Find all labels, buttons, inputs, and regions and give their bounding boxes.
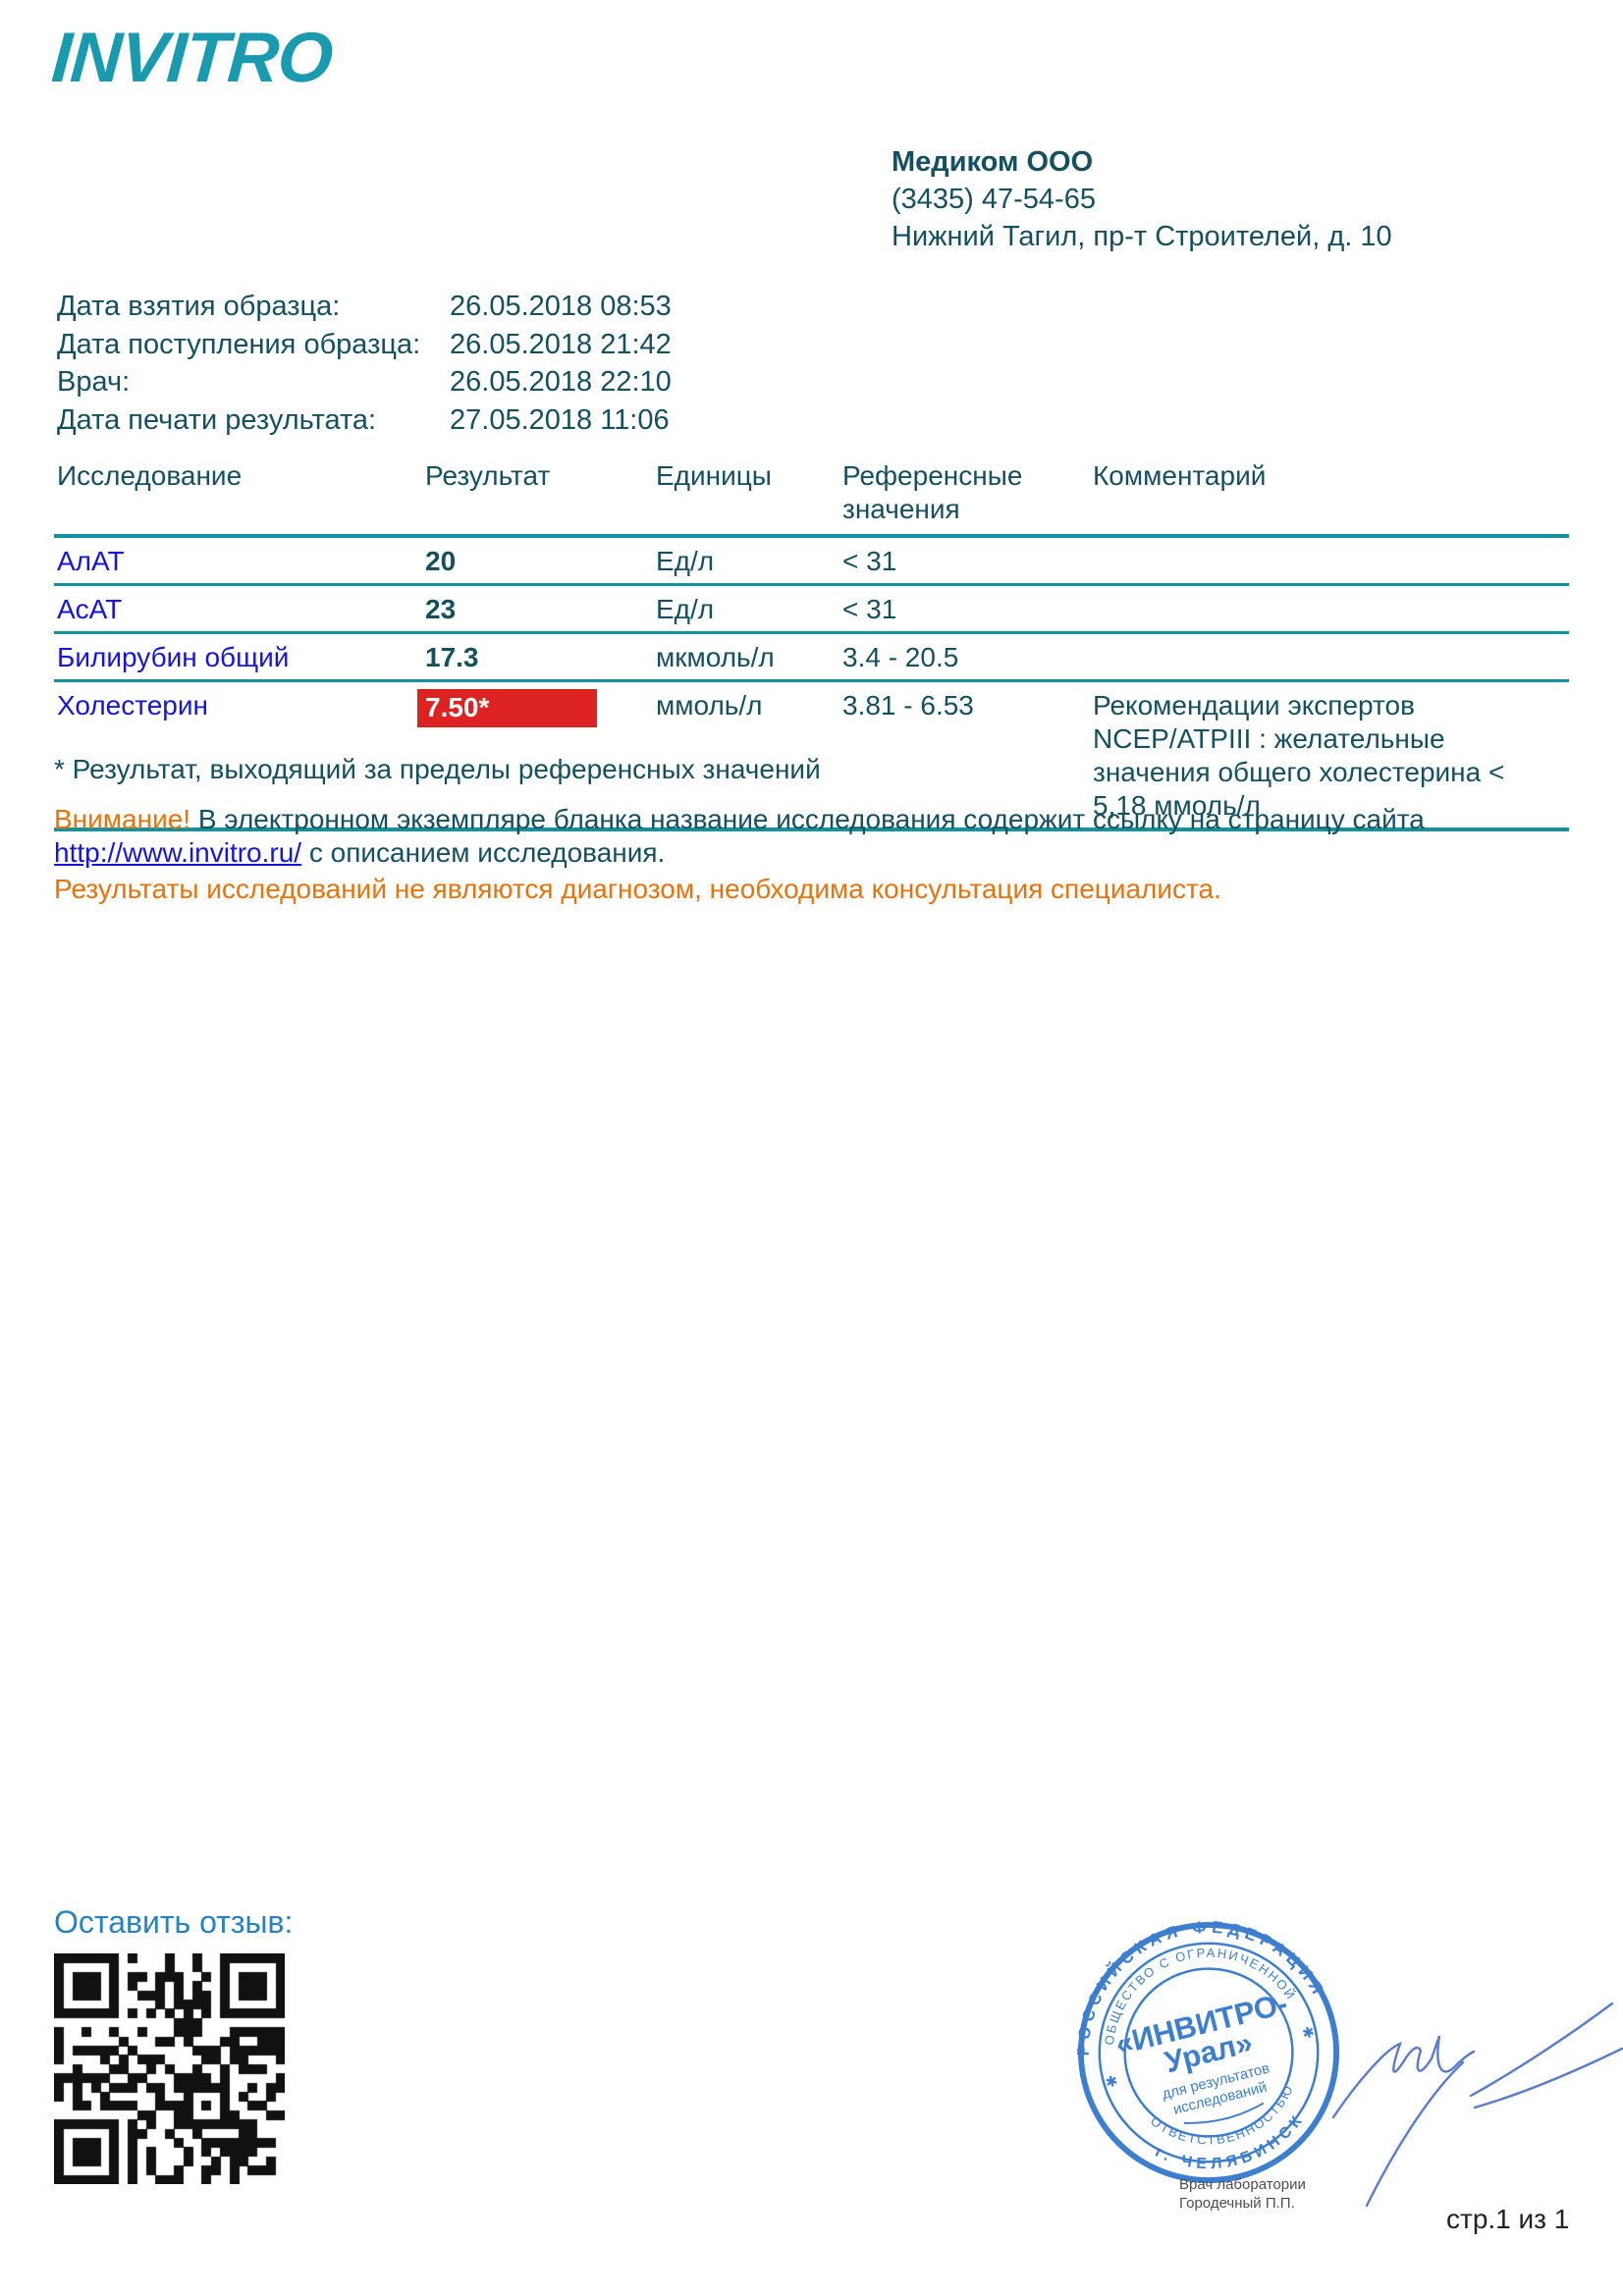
meta-label: Дата взятия образца:: [57, 288, 450, 326]
test-name: Билирубин общий: [54, 634, 422, 679]
test-comment: [1090, 586, 1569, 631]
meta-row: Дата взятия образца:26.05.2018 08:53: [57, 288, 744, 326]
test-units: Ед/л: [653, 586, 839, 631]
attention-text: В электронном экземпляре бланка название…: [190, 804, 1425, 834]
flagged-result: 7.50*: [417, 689, 597, 727]
invitro-logo: INVITRO: [49, 18, 335, 98]
reference-values: 3.4 - 20.5: [839, 634, 1090, 679]
doctor-caption: Врач лаборатории Городечный П.П.: [1179, 2175, 1306, 2213]
meta-row: Врач:26.05.2018 22:10: [57, 363, 744, 401]
column-header: Единицы: [653, 450, 839, 534]
meta-label: Врач:: [57, 363, 450, 401]
attention-label: Внимание!: [54, 804, 190, 834]
test-result: 20: [422, 538, 653, 583]
doctor-name: Городечный П.П.: [1179, 2194, 1306, 2213]
table-row: АлАТ20Ед/л< 31: [54, 538, 1569, 586]
column-header: Референсные значения: [839, 450, 1090, 534]
attention-tail: с описанием исследования.: [301, 837, 665, 868]
test-result: 17.3: [422, 634, 653, 679]
feedback-label: Оставить отзыв:: [54, 1904, 293, 1941]
meta-value: 26.05.2018 21:42: [450, 326, 744, 364]
clinic-address: Нижний Тагил, пр-т Строителей, д. 10: [892, 218, 1392, 255]
test-units: Ед/л: [653, 538, 839, 583]
clinic-phone: (3435) 47-54-65: [892, 181, 1392, 218]
test-name: АлАТ: [54, 538, 422, 583]
column-header: Результат: [422, 450, 653, 534]
invitro-link[interactable]: http://www.invitro.ru/: [54, 837, 301, 868]
test-comment: [1090, 634, 1569, 679]
doctor-signature: [1306, 1988, 1623, 2214]
reference-values: < 31: [839, 538, 1090, 583]
meta-value: 26.05.2018 22:10: [450, 363, 744, 401]
stamp-star-left: ✱: [1105, 2073, 1120, 2092]
attention-note: Внимание! В электронном экземпляре бланк…: [54, 803, 1468, 870]
report-meta: Дата взятия образца:26.05.2018 08:53Дата…: [57, 288, 744, 439]
meta-label: Дата печати результата:: [57, 401, 450, 440]
table-row: Билирубин общий17.3мкмоль/л3.4 - 20.5: [54, 634, 1569, 682]
disclaimer-note: Результаты исследований не являются диаг…: [54, 874, 1221, 905]
table-row: АсАТ23Ед/л< 31: [54, 586, 1569, 634]
reference-values: < 31: [839, 586, 1090, 631]
column-header: Исследование: [54, 450, 422, 534]
test-units: мкмоль/л: [653, 634, 839, 679]
meta-value: 27.05.2018 11:06: [450, 401, 744, 440]
results-table-header: ИсследованиеРезультатЕдиницыРеференсные …: [54, 450, 1569, 538]
test-name: АсАТ: [54, 586, 422, 631]
meta-row: Дата поступления образца:26.05.2018 21:4…: [57, 326, 744, 364]
asterisk-note: * Результат, выходящий за пределы рефере…: [54, 754, 821, 785]
clinic-info: Медиком ООО (3435) 47-54-65 Нижний Тагил…: [892, 143, 1392, 255]
lab-report-page: INVITRO Медиком ООО (3435) 47-54-65 Нижн…: [0, 0, 1623, 2296]
doctor-title: Врач лаборатории: [1179, 2175, 1306, 2194]
meta-row: Дата печати результата:27.05.2018 11:06: [57, 401, 744, 440]
meta-label: Дата поступления образца:: [57, 326, 450, 364]
test-comment: [1090, 538, 1569, 583]
meta-value: 26.05.2018 08:53: [450, 288, 744, 326]
column-header: Комментарий: [1090, 450, 1569, 534]
test-result: 23: [422, 586, 653, 631]
feedback-qr-code: [54, 1953, 285, 2184]
clinic-name: Медиком ООО: [892, 143, 1392, 181]
results-table-body: АлАТ20Ед/л< 31АсАТ23Ед/л< 31Билирубин об…: [54, 538, 1569, 831]
page-number: стр.1 из 1: [1446, 2204, 1569, 2235]
